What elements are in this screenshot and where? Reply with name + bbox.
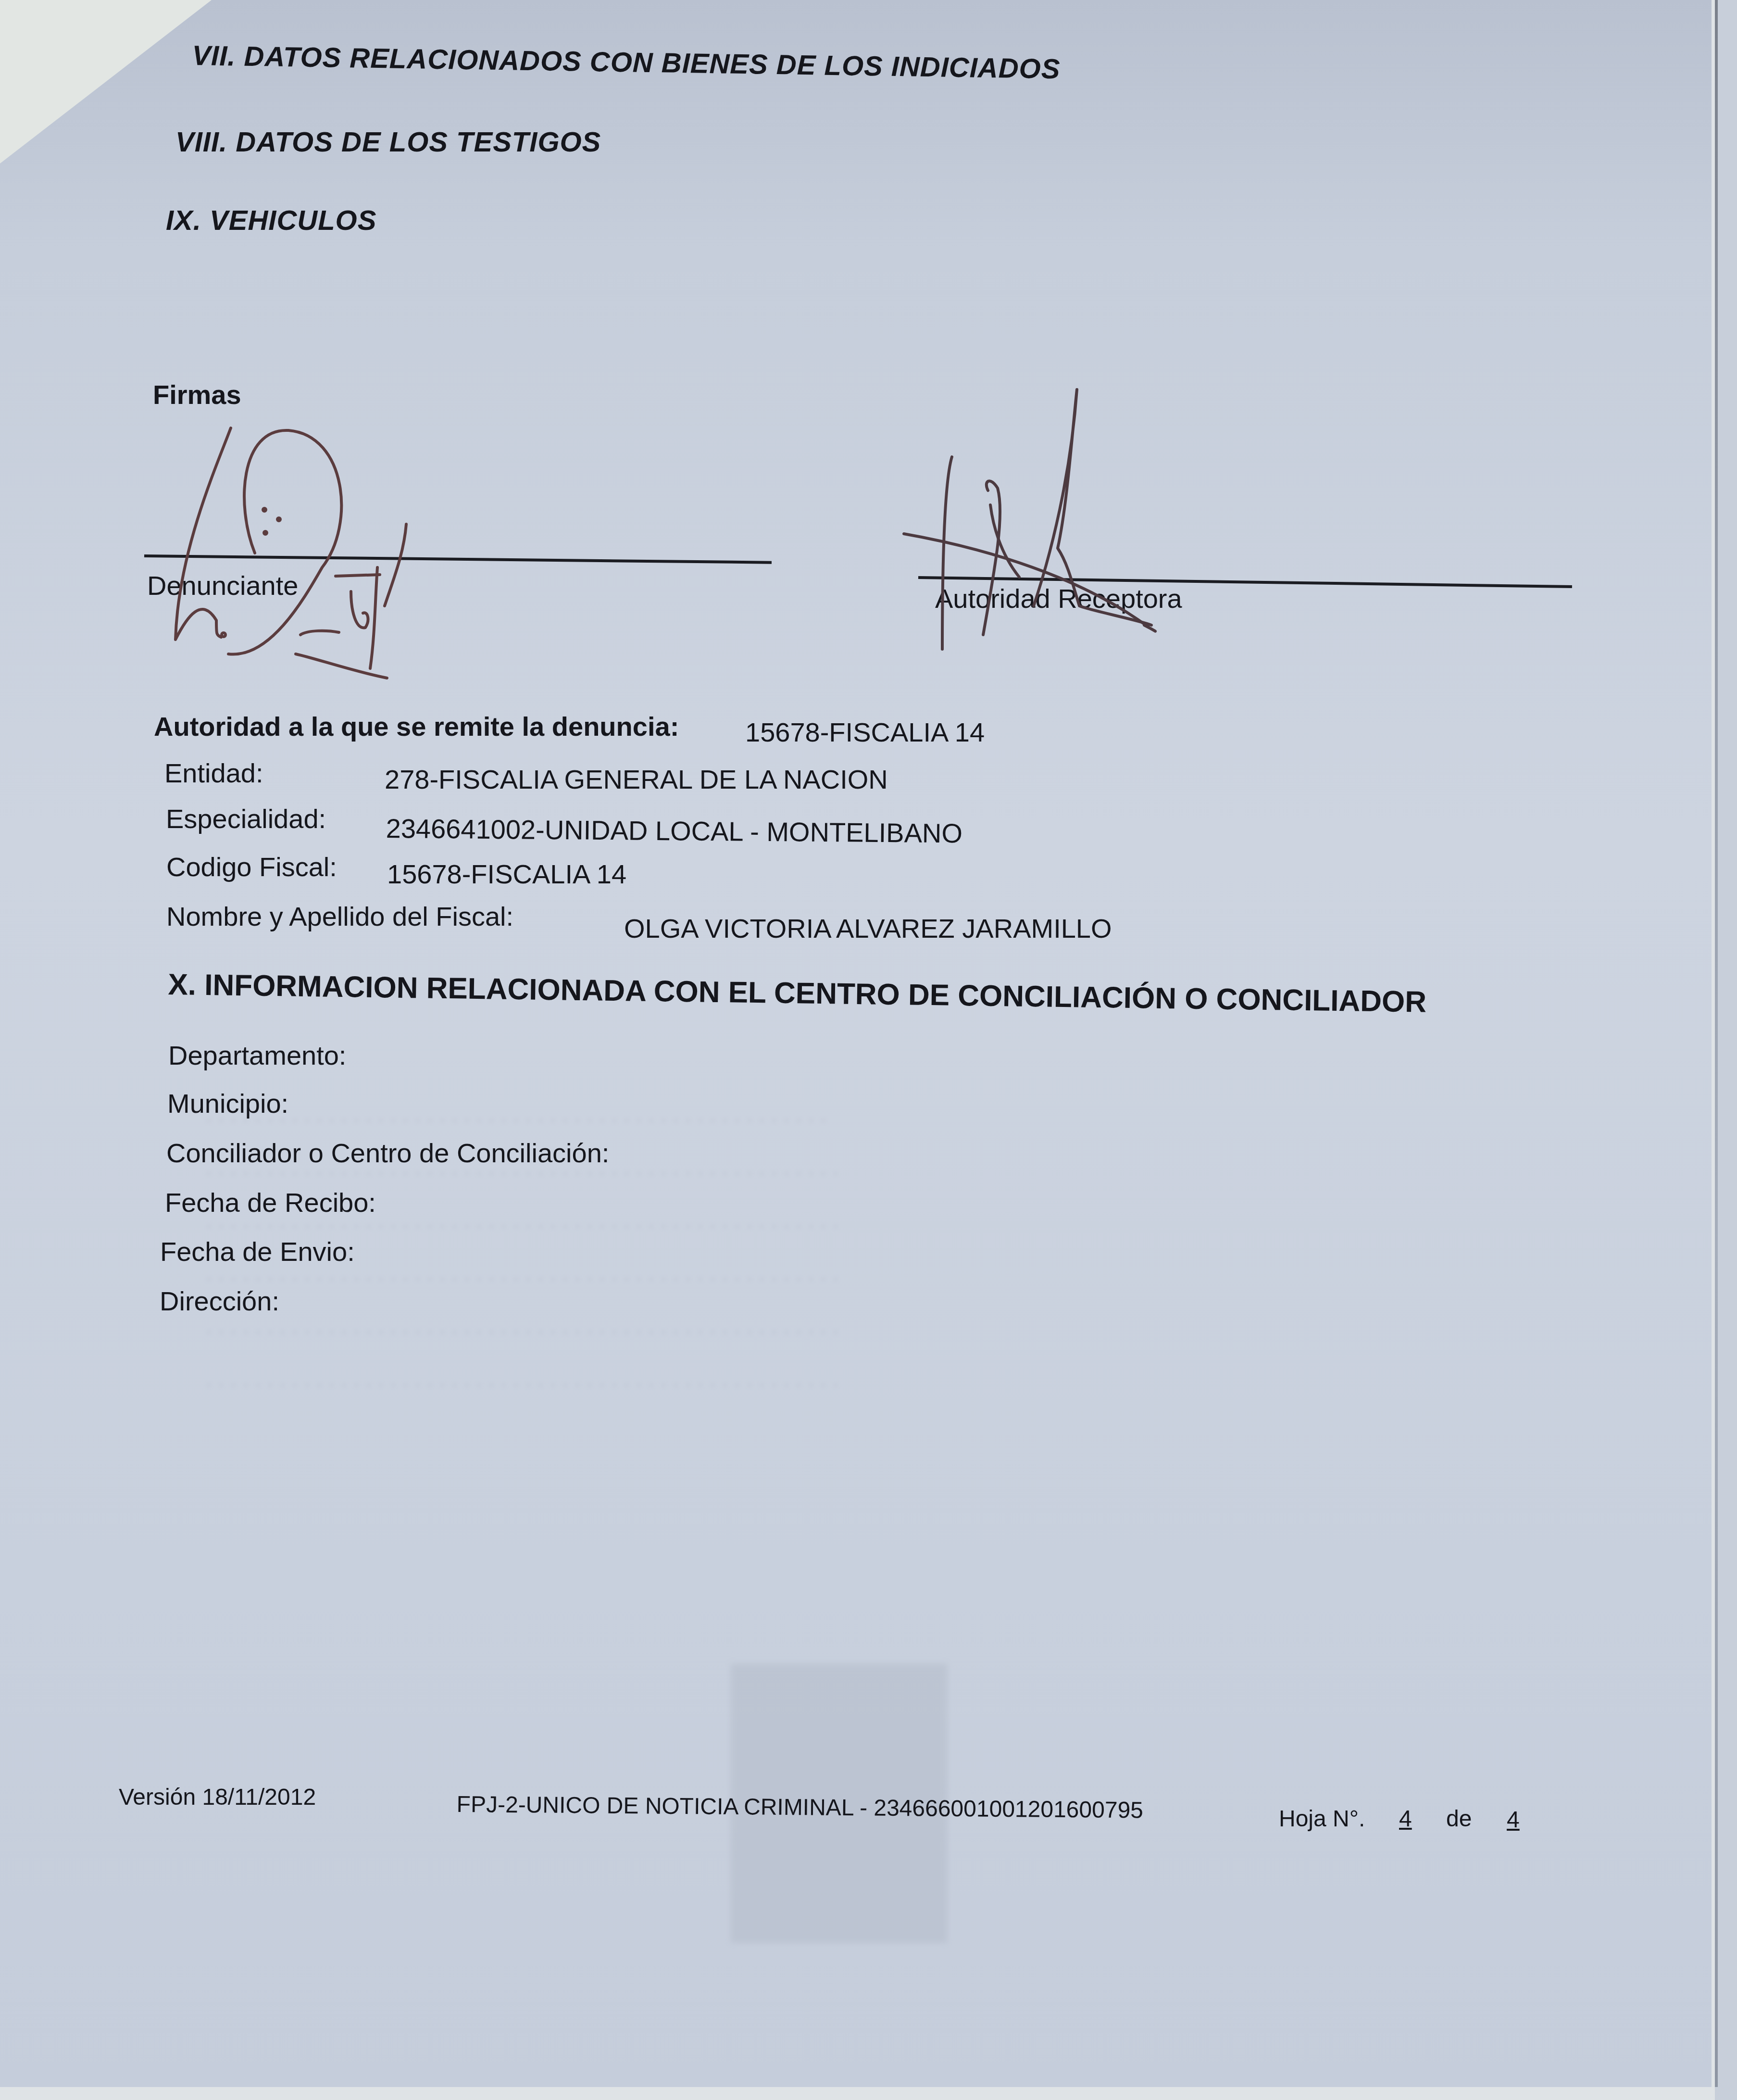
fecha-recibo-label: Fecha de Recibo:	[165, 1187, 376, 1218]
page-edge	[1715, 0, 1718, 2087]
autoridad-receptora-signature	[889, 361, 1587, 673]
fiscal-name-value: OLGA VICTORIA ALVAREZ JARAMILLO	[624, 913, 1112, 944]
bleed-through-text: . . . . . . . . . . . . . . . . . . . . …	[207, 1366, 839, 1392]
entidad-label: Entidad:	[164, 757, 263, 789]
bleed-through-text: . . . . . . . . . . . . . . . . . . . . …	[207, 1313, 839, 1339]
entidad-value: 278-FISCALIA GENERAL DE LA NACION	[385, 764, 888, 795]
footer-page-of: de	[1446, 1806, 1472, 1832]
footer-page-label: Hoja N°.	[1279, 1806, 1365, 1832]
footer-page-total: 4	[1507, 1807, 1520, 1833]
direccion-label: Dirección:	[160, 1285, 279, 1317]
footer-page-current: 4	[1399, 1806, 1412, 1832]
fecha-envio-label: Fecha de Envio:	[160, 1236, 355, 1267]
footer-version: Versión 18/11/2012	[119, 1784, 316, 1811]
signatures-heading: Firmas	[153, 379, 241, 410]
underlying-sheet	[1715, 0, 1737, 2100]
section-ix-heading: IX. VEHICULOS	[166, 204, 376, 237]
conciliador-label: Conciliador o Centro de Conciliación:	[166, 1137, 609, 1169]
codigo-fiscal-label: Codigo Fiscal:	[166, 851, 337, 882]
especialidad-value: 2346641002-UNIDAD LOCAL - MONTELIBANO	[386, 813, 962, 849]
municipio-label: Municipio:	[167, 1088, 288, 1119]
codigo-fiscal-value: 15678-FISCALIA 14	[387, 858, 626, 890]
bleed-through-text: . . . . . . . . . . . . . . . . . . . . …	[207, 1101, 827, 1127]
section-viii-heading: VIII. DATOS DE LOS TESTIGOS	[175, 126, 601, 158]
authority-value: 15678-FISCALIA 14	[745, 717, 985, 748]
departamento-label: Departamento:	[168, 1040, 346, 1071]
denunciante-signature	[144, 409, 769, 659]
authority-label: Autoridad a la que se remite la denuncia…	[154, 711, 679, 742]
fiscal-name-label: Nombre y Apellido del Fiscal:	[166, 901, 513, 932]
especialidad-label: Especialidad:	[166, 803, 326, 834]
